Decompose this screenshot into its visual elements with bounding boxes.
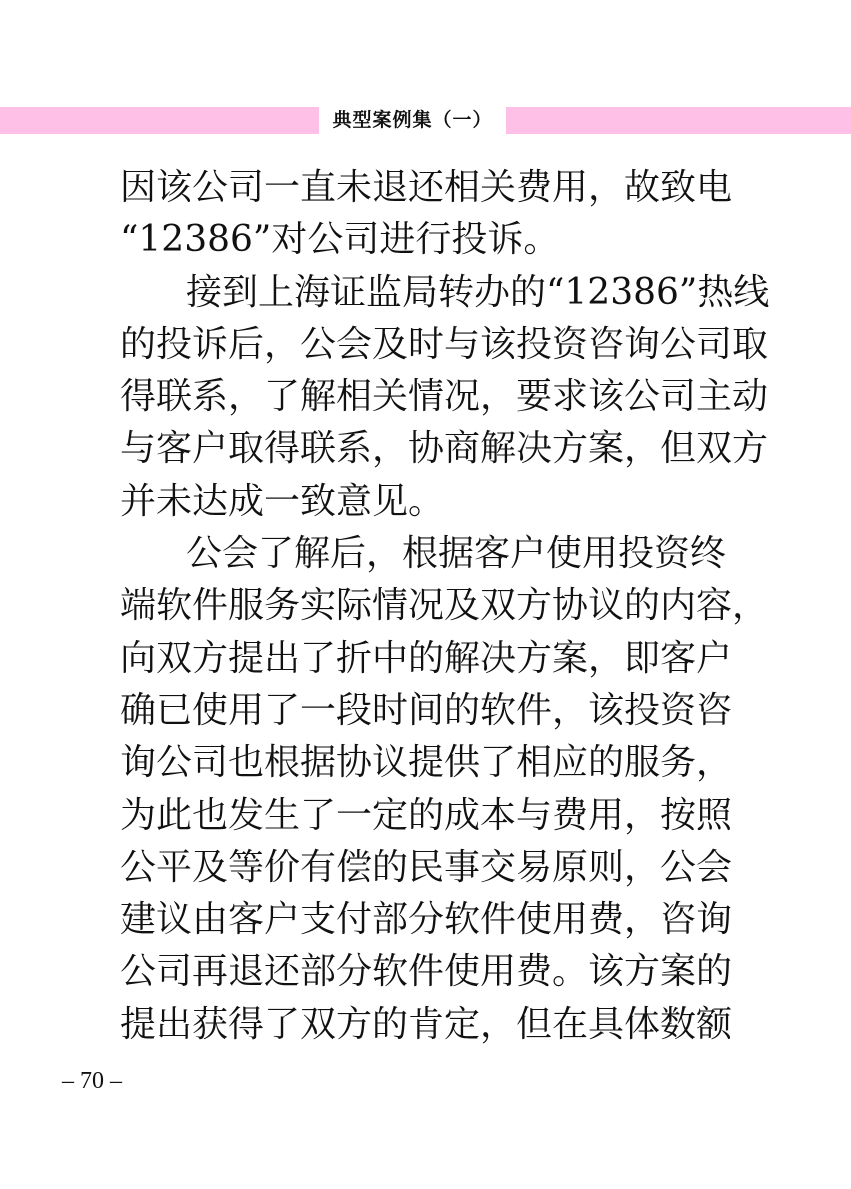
text-line: 确已使用了一段时间的软件，该投资咨 — [120, 685, 710, 737]
text-line: 得联系，了解相关情况，要求该公司主动 — [120, 371, 710, 423]
text-line: 询公司也根据协议提供了相应的服务， — [120, 737, 710, 789]
text-line: 并未达成一致意见。 — [120, 476, 710, 528]
body-text: 因该公司一直未退还相关费用，故致电 “12386”对公司进行投诉。 接到上海证监… — [120, 162, 710, 1051]
header-decor-bar-right — [506, 107, 851, 134]
text-line: 与客户取得联系，协商解决方案，但双方 — [120, 423, 710, 475]
header-decor-bar-left — [0, 107, 319, 134]
text-line: “12386”对公司进行投诉。 — [120, 214, 710, 266]
text-line: 公平及等价有偿的民事交易原则，公会 — [120, 842, 710, 894]
paragraph-start-line: 接到上海证监局转办的“12386”热线 — [120, 267, 710, 319]
text-line: 因该公司一直未退还相关费用，故致电 — [120, 162, 710, 214]
header-title: 典型案例集（一） — [319, 107, 506, 134]
running-header: 典型案例集（一） — [0, 107, 851, 134]
text-line: 公司再退还部分软件使用费。该方案的 — [120, 946, 710, 998]
text-line: 提出获得了双方的肯定，但在具体数额 — [120, 999, 710, 1051]
text-line: 的投诉后，公会及时与该投资咨询公司取 — [120, 319, 710, 371]
paragraph-start-line: 公会了解后，根据客户使用投资终 — [120, 528, 710, 580]
text-line: 为此也发生了一定的成本与费用，按照 — [120, 790, 710, 842]
text-line: 建议由客户支付部分软件使用费，咨询 — [120, 894, 710, 946]
text-line: 端软件服务实际情况及双方协议的内容， — [120, 580, 710, 632]
text-line: 向双方提出了折中的解决方案，即客户 — [120, 633, 710, 685]
page-number: – 70 – — [62, 1068, 122, 1095]
